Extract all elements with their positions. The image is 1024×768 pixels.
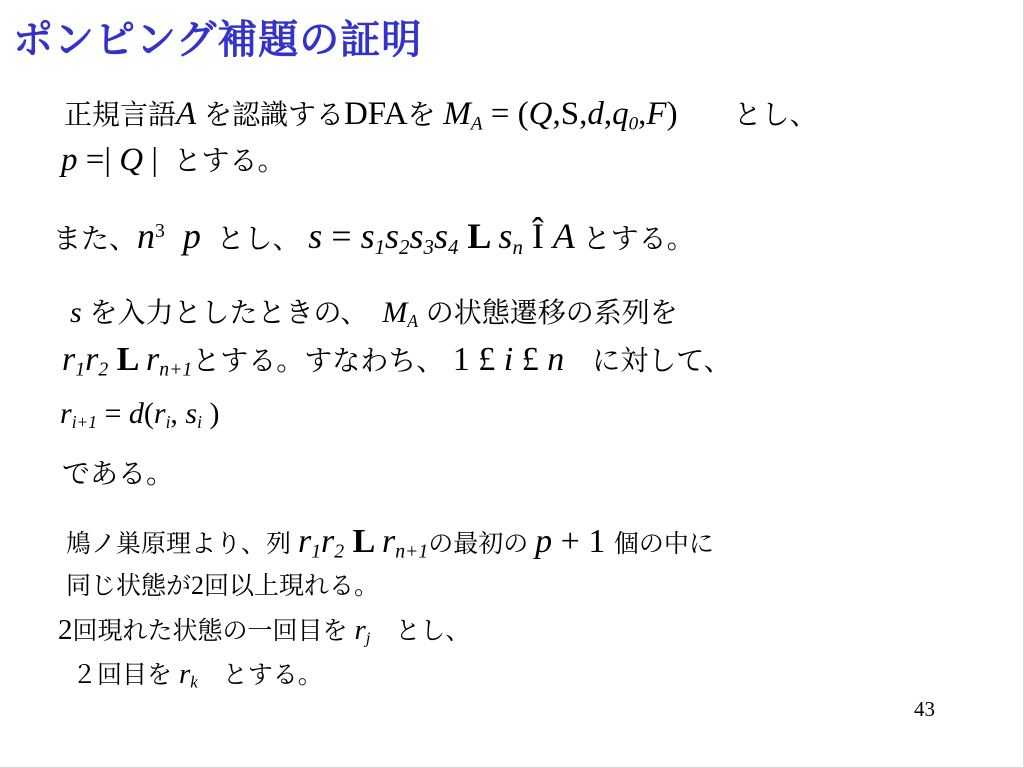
text-segment: に対して、 xyxy=(564,345,731,376)
math-segment: A xyxy=(176,96,196,132)
line-same-state-twice: 同じ状態が2回以上現れる。 xyxy=(66,571,379,601)
text-segment: 回以上現れる。 xyxy=(204,572,379,600)
text-segment: を xyxy=(408,99,444,130)
text-segment: を認識する xyxy=(196,99,344,130)
subscript: 2 xyxy=(334,541,344,563)
line-p-equals-q: p =| Q | とする。 xyxy=(61,142,285,180)
subscript: i+1 xyxy=(72,412,97,432)
math-segment: A xyxy=(553,216,575,256)
text-segment: の状態遷移の系列を xyxy=(418,297,678,328)
text-segment: とする。すなわち、 xyxy=(192,345,444,376)
line-state-sequence-intro: s を入力としたときの、 MA の状態遷移の系列を xyxy=(70,296,678,331)
math-segment: ) xyxy=(202,397,220,430)
subscript: 2 xyxy=(98,359,108,381)
math-segment: r2 xyxy=(321,523,344,560)
math-segment: S xyxy=(561,96,579,132)
text-segment: 回現れた状態の一回目を xyxy=(73,617,355,645)
math-segment: rn+1 xyxy=(382,523,428,560)
text-segment: である。 xyxy=(62,458,174,489)
math-segment: q0 xyxy=(612,96,638,132)
subscript: k xyxy=(190,673,197,692)
math-segment: Q xyxy=(529,96,553,132)
text-segment: とし、 xyxy=(201,223,308,254)
line-dearu: である。 xyxy=(62,458,174,491)
text-segment: の最初の xyxy=(428,530,535,558)
math-segment: = xyxy=(322,216,360,256)
math-segment: p xyxy=(61,142,78,178)
math-segment: Q xyxy=(119,142,143,178)
text-segment: 同じ状態が xyxy=(66,572,191,600)
math-segment: s4 xyxy=(434,216,458,256)
text-segment: また、 xyxy=(53,223,137,254)
math-segment: p xyxy=(183,216,201,256)
math-segment: £ xyxy=(513,341,547,378)
line-dfa-definition: 正規言語A を認識するDFAを MA = (Q,S,d,q0,F) とし、 xyxy=(64,96,818,135)
math-segment xyxy=(165,216,183,256)
math-segment: r1 xyxy=(62,341,85,378)
math-segment: MA xyxy=(443,96,482,132)
text-segment: ２回目を xyxy=(72,661,179,689)
text-segment: 鳩ノ巣原理より、列 xyxy=(66,530,298,558)
math-segment: sn xyxy=(498,216,522,256)
math-segment: + 1 xyxy=(552,523,614,560)
text-segment: 正規言語 xyxy=(64,99,176,130)
text-segment: とする。 xyxy=(158,145,286,176)
line-r-sequence: r1r2 L rn+1とする。すなわち、 1 £ i £ n に対して、 xyxy=(62,340,732,381)
math-segment: 1 £ xyxy=(444,341,504,378)
slide: ポンピング補題の証明 正規言語A を認識するDFAを MA = (Q,S,d,q… xyxy=(0,0,1024,768)
math-segment: rj xyxy=(354,614,370,646)
math-segment: , xyxy=(170,397,185,430)
math-segment: 2 xyxy=(58,614,73,646)
math-segment: = ( xyxy=(483,96,529,132)
math-segment: DFA xyxy=(344,96,408,132)
subscript: n+1 xyxy=(159,359,192,381)
line-second-occurrence-rk: ２回目を rk とする。 xyxy=(72,658,323,692)
math-segment: i xyxy=(504,341,513,378)
math-segment: p xyxy=(535,523,552,560)
math-segment: s xyxy=(308,216,322,256)
math-segment: L xyxy=(344,523,382,560)
math-segment: s3 xyxy=(409,216,433,256)
subscript: 1 xyxy=(311,541,321,563)
math-segment: s1 xyxy=(361,216,385,256)
math-segment: s2 xyxy=(385,216,409,256)
line-transition-equation: ri+1 = d(ri, si ) xyxy=(60,397,219,432)
math-segment: =| xyxy=(78,142,120,178)
text-segment: とし、 xyxy=(678,99,818,130)
math-segment: si xyxy=(185,397,202,430)
subscript: 4 xyxy=(448,235,458,259)
math-segment: 2 xyxy=(191,571,204,600)
math-segment: MA xyxy=(382,296,418,329)
superscript: 3 xyxy=(155,220,165,242)
text-segment: とする。 xyxy=(575,223,695,254)
subscript: 2 xyxy=(399,235,409,259)
math-segment: , xyxy=(604,96,612,132)
math-segment: r2 xyxy=(85,341,108,378)
math-segment: Î xyxy=(523,216,553,256)
math-segment: rk xyxy=(179,658,198,690)
subscript: n+1 xyxy=(395,541,428,563)
slide-title: ポンピング補題の証明 xyxy=(13,8,422,65)
line-first-occurrence-rj: 2回現れた状態の一回目を rj とし、 xyxy=(58,614,470,648)
line-pigeonhole: 鳩ノ巣原理より、列 r1r2 L rn+1の最初の p + 1 個の中に xyxy=(66,522,714,563)
math-segment: n3 xyxy=(137,216,165,256)
math-segment: n xyxy=(547,341,564,378)
subscript: 0 xyxy=(629,113,639,134)
math-segment: = xyxy=(97,397,129,430)
subscript: 1 xyxy=(375,235,385,259)
math-segment: , xyxy=(552,96,560,132)
math-segment: L xyxy=(458,216,498,256)
text-segment: 個の中に xyxy=(614,530,714,558)
subscript: 1 xyxy=(75,359,85,381)
line-string-s-definition: また、n3 p とし、 s = s1s2s3s4 L sn Î A とする。 xyxy=(53,216,695,259)
math-segment: | xyxy=(143,142,158,178)
math-segment: ri+1 xyxy=(60,397,97,430)
math-segment: ) xyxy=(667,96,678,132)
subscript: n xyxy=(512,235,522,259)
subscript: A xyxy=(407,311,418,331)
math-segment: ( xyxy=(144,397,154,430)
text-segment: とし、 xyxy=(370,617,470,645)
math-segment: ri xyxy=(154,397,171,430)
math-segment: rn+1 xyxy=(146,341,192,378)
math-segment: L xyxy=(108,341,146,378)
math-segment: F xyxy=(646,96,666,132)
text-segment: とする。 xyxy=(198,661,323,689)
math-segment: d xyxy=(587,96,604,132)
math-segment: r1 xyxy=(298,523,321,560)
math-segment: d xyxy=(129,397,144,430)
text-segment: を入力としたときの、 xyxy=(82,297,383,328)
math-segment: s xyxy=(70,296,82,329)
page-number: 43 xyxy=(914,697,935,722)
subscript: 3 xyxy=(424,235,434,259)
subscript: A xyxy=(471,113,483,134)
